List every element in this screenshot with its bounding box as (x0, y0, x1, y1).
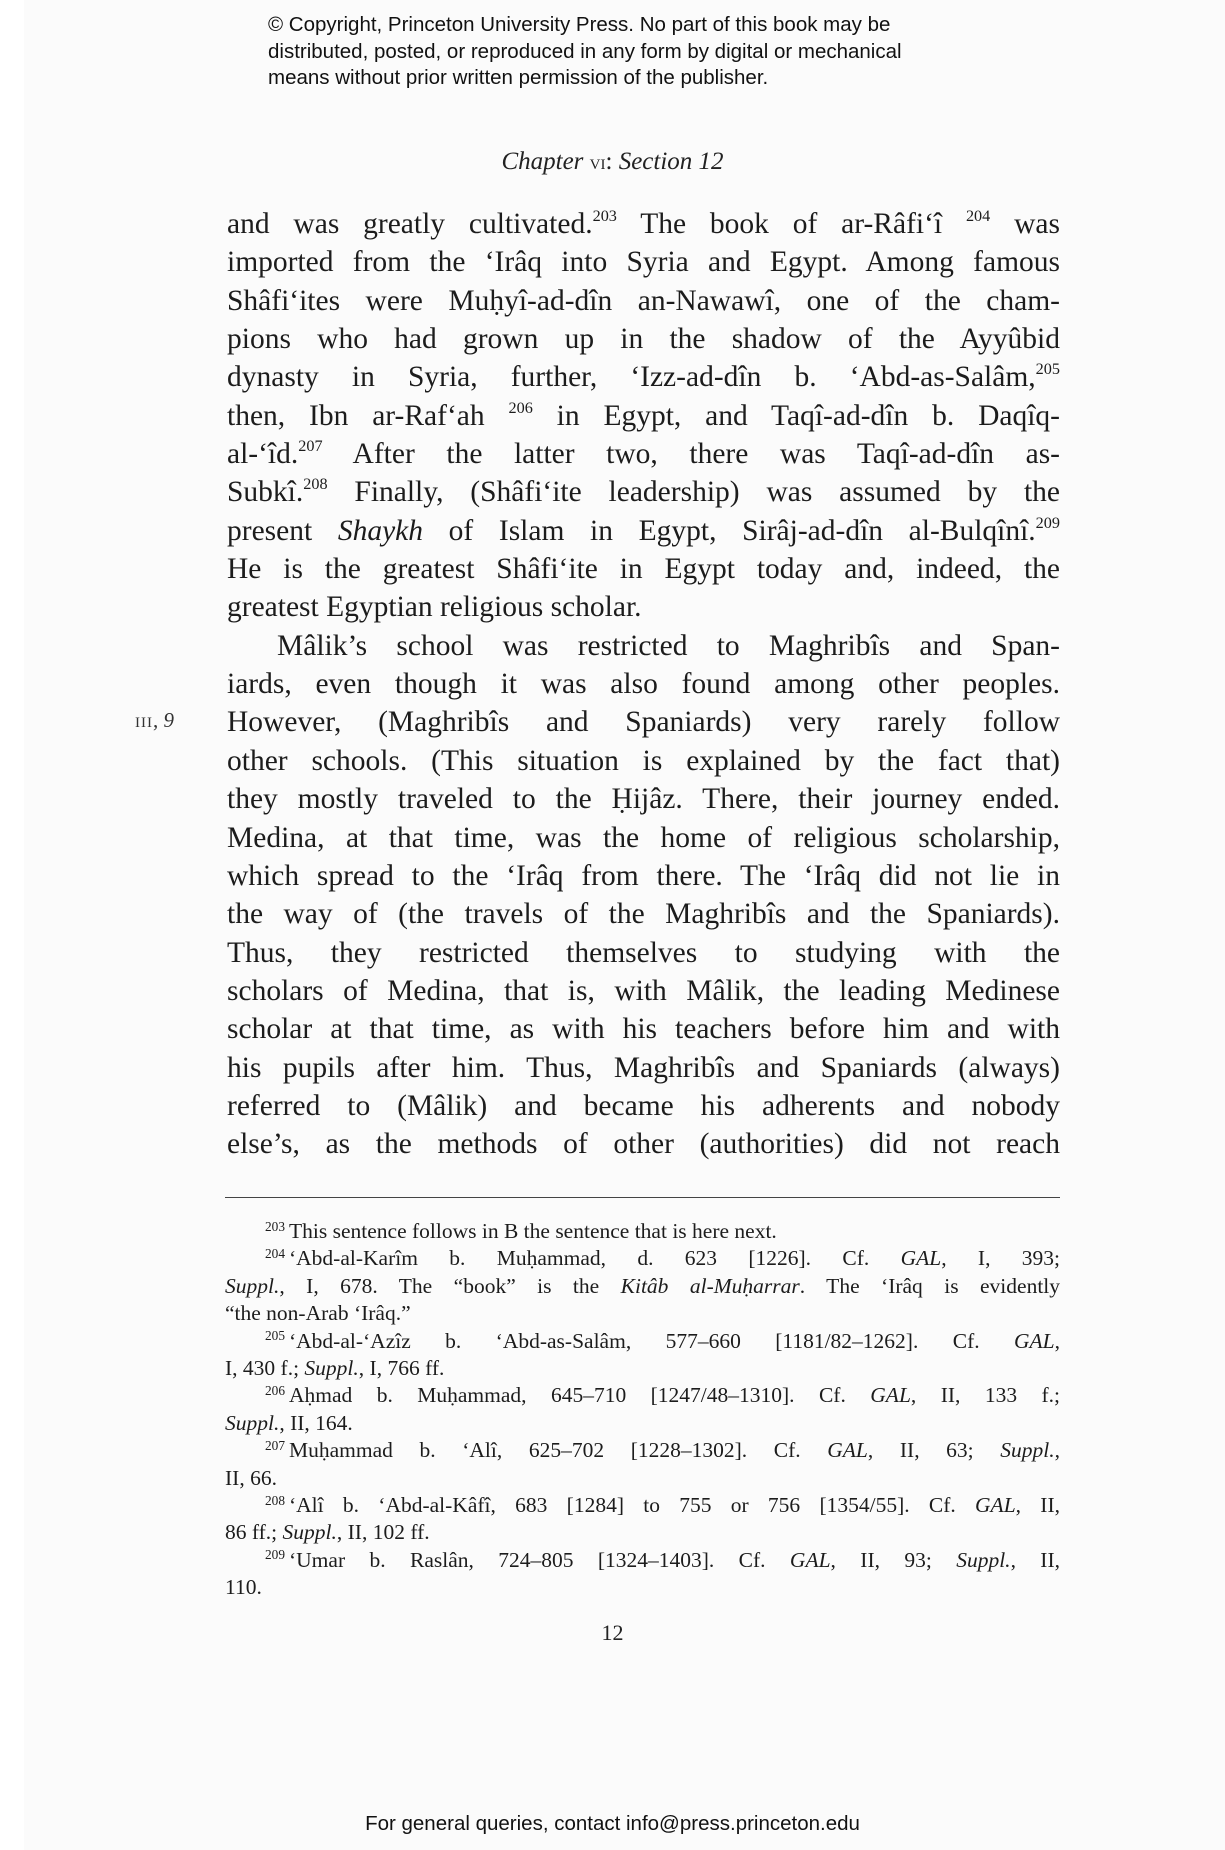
body-line: pions who had grown up in the shadow of … (227, 320, 1060, 358)
text-run: 110. (225, 1575, 262, 1599)
text-run: then, Ibn ar-Raf‘ah (227, 400, 508, 432)
footnote-number: 205 (265, 1328, 285, 1343)
text-run: his pupils after him. Thus, Maghribîs an… (227, 1052, 1060, 1084)
body-line: referred to (Mâlik) and became his adher… (227, 1087, 1060, 1125)
text-run: Shâfi‘ites were Muḥyî-ad-dîn an-Nawawî, … (227, 285, 1060, 317)
text-run: ‘Abd-al-‘Azîz b. ‘Abd-as-Salâm, 577–660 … (289, 1329, 1014, 1353)
text-run: present (227, 515, 338, 547)
footnote-line: Suppl., II, 164. (225, 1410, 1060, 1437)
footnotes: 203This sentence follows in B the senten… (225, 1218, 1060, 1601)
body-line: and was greatly cultivated.203 The book … (227, 205, 1060, 243)
footnote-line: “the non-Arab ‘Irâq.” (225, 1300, 1060, 1327)
italic-text: Shaykh (338, 515, 423, 547)
footnote-reference: 208 (303, 475, 327, 493)
footnote-203: 203This sentence follows in B the senten… (225, 1218, 1060, 1245)
text-run: Medina, at that time, was the home of re… (227, 822, 1060, 854)
footnote-line: 207Muḥammad b. ‘Alî, 625–702 [1228–1302]… (225, 1437, 1060, 1464)
italic-text: GAL (827, 1438, 868, 1462)
text-run: . The ‘Irâq is evidently (800, 1274, 1060, 1298)
footer-contact: For general queries, contact info@press.… (0, 1812, 1225, 1836)
text-run: imported from the ‘Irâq into Syria and E… (227, 246, 1060, 278)
body-text: and was greatly cultivated.203 The book … (227, 205, 1060, 1164)
text-run: which spread to the ‘Irâq from there. Th… (227, 860, 1060, 892)
body-line: they mostly traveled to the Ḥijâz. There… (227, 780, 1060, 818)
text-run: 86 ff.; (225, 1520, 283, 1544)
body-line: the way of (the travels of the Maghribîs… (227, 895, 1060, 933)
text-run: , (1055, 1329, 1060, 1353)
text-run: else’s, as the methods of other (authori… (227, 1128, 1060, 1160)
footnote-204: 204‘Abd-al-Karîm b. Muḥammad, d. 623 [12… (225, 1245, 1060, 1327)
body-line: else’s, as the methods of other (authori… (227, 1125, 1060, 1163)
italic-text: Suppl. (304, 1356, 358, 1380)
margin-volume: iii (135, 708, 153, 732)
margin-separator: , (153, 708, 164, 732)
footnote-divider (225, 1197, 1060, 1198)
body-line: scholar at that time, as with his teache… (227, 1010, 1060, 1048)
italic-text: Suppl. (225, 1411, 279, 1435)
footnote-line: Suppl., I, 678. The “book” is the Kitâb … (225, 1273, 1060, 1300)
copyright-notice: © Copyright, Princeton University Press.… (268, 12, 988, 92)
text-run: greatest Egyptian religious scholar. (227, 591, 642, 623)
text-run: was (990, 208, 1060, 240)
running-head: Chapter vi: Section 12 (0, 148, 1225, 176)
body-line: his pupils after him. Thus, Maghribîs an… (227, 1049, 1060, 1087)
body-line: other schools. (This situation is explai… (227, 742, 1060, 780)
copyright-line: © Copyright, Princeton University Press.… (268, 12, 988, 39)
italic-text: Suppl. (283, 1520, 337, 1544)
body-line: then, Ibn ar-Raf‘ah 206 in Egypt, and Ta… (227, 397, 1060, 435)
text-run: , II, (1016, 1493, 1060, 1517)
footnote-205: 205‘Abd-al-‘Azîz b. ‘Abd-as-Salâm, 577–6… (225, 1328, 1060, 1383)
body-line: which spread to the ‘Irâq from there. Th… (227, 857, 1060, 895)
footnote-number: 204 (265, 1246, 285, 1261)
text-run: Aḥmad b. Muḥammad, 645–710 [1247/48–1310… (289, 1383, 870, 1407)
footnote-line: 206Aḥmad b. Muḥammad, 645–710 [1247/48–1… (225, 1382, 1060, 1409)
section-label: Section 12 (619, 148, 724, 175)
text-run: This sentence follows in B the sentence … (289, 1219, 777, 1243)
text-run: I, 430 f.; (225, 1356, 304, 1380)
italic-text: GAL (1014, 1329, 1055, 1353)
text-run: Subkî. (227, 476, 303, 508)
text-run: The book of ar-Râfi‘î (617, 208, 966, 240)
footnote-number: 207 (265, 1438, 285, 1453)
footnote-206: 206Aḥmad b. Muḥammad, 645–710 [1247/48–1… (225, 1382, 1060, 1437)
text-run: Mâlik’s school was restricted to Maghrib… (277, 630, 1060, 662)
body-line: He is the greatest Shâfi‘ite in Egypt to… (227, 550, 1060, 588)
footnote-line: 209‘Umar b. Raslân, 724–805 [1324–1403].… (225, 1547, 1060, 1574)
text-run: they mostly traveled to the Ḥijâz. There… (227, 783, 1060, 815)
copyright-line: distributed, posted, or reproduced in an… (268, 39, 988, 66)
running-head-separator: : (605, 148, 612, 175)
footnote-reference: 204 (966, 207, 990, 225)
text-run: , II, 164. (279, 1411, 352, 1435)
text-run: al-‘îd. (227, 438, 298, 470)
body-line: Mâlik’s school was restricted to Maghrib… (227, 627, 1060, 665)
scan-margin-strip (0, 0, 24, 1850)
body-line: scholars of Medina, that is, with Mâlik,… (227, 972, 1060, 1010)
text-run: ‘Abd-al-Karîm b. Muḥammad, d. 623 [1226]… (289, 1246, 901, 1270)
footnote-208: 208‘Alî b. ‘Abd-al-Kâfî, 683 [1284] to 7… (225, 1492, 1060, 1547)
text-run: the way of (the travels of the Maghribîs… (227, 898, 1060, 930)
text-run: ‘Umar b. Raslân, 724–805 [1324–1403]. Cf… (289, 1548, 790, 1572)
body-line: Shâfi‘ites were Muḥyî-ad-dîn an-Nawawî, … (227, 282, 1060, 320)
footnote-line: 205‘Abd-al-‘Azîz b. ‘Abd-as-Salâm, 577–6… (225, 1328, 1060, 1355)
footnote-reference: 207 (298, 437, 322, 455)
text-run: dynasty in Syria, further, ‘Izz-ad-dîn b… (227, 361, 1036, 393)
text-run: , II, 93; (831, 1548, 957, 1572)
footnote-line: 110. (225, 1574, 1060, 1601)
body-line: imported from the ‘Irâq into Syria and E… (227, 243, 1060, 281)
text-run: other schools. (This situation is explai… (227, 745, 1060, 777)
text-run: , II, 102 ff. (337, 1520, 430, 1544)
body-line: Subkî.208 Finally, (Shâfi‘ite leadership… (227, 473, 1060, 511)
body-line: present Shaykh of Islam in Egypt, Sirâj-… (227, 512, 1060, 550)
margin-reference: iii, 9 (135, 708, 174, 733)
text-run: , (1055, 1438, 1060, 1462)
text-run: , I, 766 ff. (359, 1356, 445, 1380)
copyright-line: means without prior written permission o… (268, 65, 988, 92)
italic-text: GAL (975, 1493, 1016, 1517)
text-run: , I, 678. The “book” is the (279, 1274, 620, 1298)
footnote-number: 203 (265, 1219, 285, 1234)
text-run: , I, 393; (941, 1246, 1060, 1270)
body-line: Thus, they restricted themselves to stud… (227, 934, 1060, 972)
text-run: pions who had grown up in the shadow of … (227, 323, 1060, 355)
footnote-207: 207Muḥammad b. ‘Alî, 625–702 [1228–1302]… (225, 1437, 1060, 1492)
footnote-line: 204‘Abd-al-Karîm b. Muḥammad, d. 623 [12… (225, 1245, 1060, 1272)
text-run: in Egypt, and Taqî-ad-dîn b. Daqîq- (533, 400, 1060, 432)
footnote-number: 208 (265, 1493, 285, 1508)
text-run: and was greatly cultivated. (227, 208, 593, 240)
italic-text: Suppl. (1000, 1438, 1054, 1462)
italic-text: GAL (870, 1383, 911, 1407)
text-run: After the latter two, there was Taqî-ad-… (323, 438, 1060, 470)
footnote-line: 203This sentence follows in B the senten… (225, 1218, 1060, 1245)
footnote-number: 206 (265, 1383, 285, 1398)
text-run: “the non-Arab ‘Irâq.” (225, 1301, 411, 1325)
body-line: greatest Egyptian religious scholar. (227, 588, 1060, 626)
text-run: scholars of Medina, that is, with Mâlik,… (227, 975, 1060, 1007)
text-run: Thus, they restricted themselves to stud… (227, 937, 1060, 969)
text-run: ‘Alî b. ‘Abd-al-Kâfî, 683 [1284] to 755 … (289, 1493, 975, 1517)
text-run: scholar at that time, as with his teache… (227, 1013, 1060, 1045)
text-run: referred to (Mâlik) and became his adher… (227, 1090, 1060, 1122)
italic-text: Kitâb al-Muḥarrar (621, 1274, 800, 1298)
body-line: Medina, at that time, was the home of re… (227, 819, 1060, 857)
footnote-reference: 205 (1036, 360, 1060, 378)
text-run: Muḥammad b. ‘Alî, 625–702 [1228–1302]. C… (289, 1438, 827, 1462)
footnote-reference: 203 (593, 207, 617, 225)
text-run: II, 66. (225, 1466, 277, 1490)
footnote-line: 86 ff.; Suppl., II, 102 ff. (225, 1519, 1060, 1546)
text-run: , II, (1011, 1548, 1060, 1572)
text-run: Finally, (Shâfi‘ite leadership) was assu… (328, 476, 1060, 508)
text-run: , II, 133 f.; (911, 1383, 1060, 1407)
footnote-line: 208‘Alî b. ‘Abd-al-Kâfî, 683 [1284] to 7… (225, 1492, 1060, 1519)
italic-text: Suppl. (225, 1274, 279, 1298)
body-line: However, (Maghribîs and Spaniards) very … (227, 703, 1060, 741)
text-run: However, (Maghribîs and Spaniards) very … (227, 706, 1060, 738)
italic-text: GAL (901, 1246, 942, 1270)
italic-text: Suppl. (956, 1548, 1010, 1572)
italic-text: GAL (790, 1548, 831, 1572)
text-run: He is the greatest Shâfi‘ite in Egypt to… (227, 553, 1060, 585)
body-line: iards, even though it was also found amo… (227, 665, 1060, 703)
page-number: 12 (0, 1620, 1225, 1646)
text-run: , II, 63; (868, 1438, 1000, 1462)
chapter-number: vi (590, 149, 606, 174)
footnote-209: 209‘Umar b. Raslân, 724–805 [1324–1403].… (225, 1547, 1060, 1602)
footnote-reference: 209 (1036, 514, 1060, 532)
footnote-number: 209 (265, 1547, 285, 1562)
chapter-word: Chapter (501, 148, 583, 175)
text-run: of Islam in Egypt, Sirâj-ad-dîn al-Bulqî… (423, 515, 1036, 547)
margin-page: 9 (164, 708, 175, 732)
text-run: iards, even though it was also found amo… (227, 668, 1060, 700)
footnote-line: I, 430 f.; Suppl., I, 766 ff. (225, 1355, 1060, 1382)
footnote-line: II, 66. (225, 1465, 1060, 1492)
body-line: dynasty in Syria, further, ‘Izz-ad-dîn b… (227, 358, 1060, 396)
body-line: al-‘îd.207 After the latter two, there w… (227, 435, 1060, 473)
footnote-reference: 206 (508, 399, 532, 417)
